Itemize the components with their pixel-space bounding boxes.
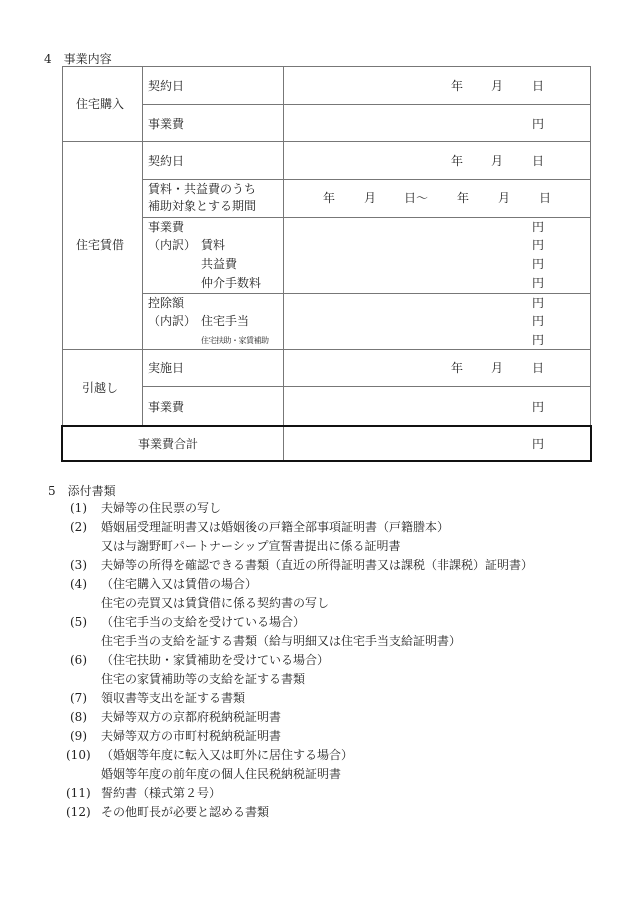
rental-period-label-2: 補助対象とする期間 <box>148 199 256 213</box>
rent-unit: 円 <box>532 238 544 252</box>
list-item: 夫婦等の住民票の写し <box>101 501 221 515</box>
list-item-number: (11) <box>66 786 91 800</box>
rental-month: 月 <box>491 154 503 168</box>
list-item: （婚姻等年度に転入又は町外に居住する場合） <box>101 748 353 762</box>
list-item-number: (1) <box>70 501 87 515</box>
period-end-day: 日 <box>539 191 551 205</box>
housing-allowance-label: 住宅手当 <box>201 314 249 328</box>
period-start-day: 日～ <box>404 191 428 205</box>
rental-day: 日 <box>532 154 544 168</box>
housing-aid-label: 住宅扶助・家賃補助 <box>201 334 269 348</box>
brokerage-fee-unit: 円 <box>532 276 544 290</box>
section-4-title: 4 事業内容 <box>44 50 112 67</box>
period-end-year: 年 <box>457 191 469 205</box>
list-item: 誓約書（様式第２号） <box>101 786 221 800</box>
list-item: （住宅購入又は賃借の場合） <box>101 577 257 591</box>
period-end-month: 月 <box>498 191 510 205</box>
list-item-number: (10) <box>66 748 91 762</box>
list-item-number: (2) <box>70 520 87 534</box>
housing-aid-unit: 円 <box>532 333 544 347</box>
rental-year: 年 <box>451 154 463 168</box>
column-divider-1 <box>142 66 143 427</box>
rental-contract-date-label: 契約日 <box>148 154 184 168</box>
table-border-right <box>590 66 591 427</box>
category-moving: 引越し <box>82 381 118 395</box>
list-item-number: (6) <box>70 653 87 667</box>
row-divider <box>62 141 591 142</box>
list-item: 夫婦等双方の京都府税納税証明書 <box>101 710 281 724</box>
list-item: 婚姻届受理証明書又は婚姻後の戸籍全部事項証明書（戸籍謄本） <box>101 520 449 534</box>
list-item-number: (3) <box>70 558 87 572</box>
purchase-cost-unit: 円 <box>532 117 544 131</box>
list-item-continuation: 住宅の家賃補助等の支給を証する書類 <box>101 672 305 686</box>
period-start-year: 年 <box>323 191 335 205</box>
section-5-title: 5 添付書類 <box>48 482 116 499</box>
moving-month: 月 <box>491 361 503 375</box>
period-start-month: 月 <box>364 191 376 205</box>
category-housing-rental: 住宅賃借 <box>76 238 124 252</box>
list-item-number: (7) <box>70 691 87 705</box>
deduction-unit: 円 <box>532 296 544 310</box>
moving-cost-unit: 円 <box>532 400 544 414</box>
row-divider <box>142 217 591 218</box>
purchase-month: 月 <box>491 79 503 93</box>
moving-date-label: 実施日 <box>148 361 184 375</box>
row-divider <box>142 293 591 294</box>
list-item-number: (5) <box>70 615 87 629</box>
row-divider <box>142 179 591 180</box>
list-item: 夫婦等双方の市町村税納税証明書 <box>101 729 281 743</box>
list-item: その他町長が必要と認める書類 <box>101 805 269 819</box>
housing-allowance-unit: 円 <box>532 314 544 328</box>
list-item-number: (4) <box>70 577 87 591</box>
list-item: （住宅扶助・家賃補助を受けている場合） <box>101 653 329 667</box>
list-item-continuation: 又は与謝野町パートナーシップ宣誓書提出に係る証明書 <box>101 539 401 553</box>
list-item-continuation: 住宅手当の支給を証する書類（給与明細又は住宅手当支給証明書） <box>101 634 461 648</box>
deduction-breakdown-label: （内訳） <box>148 314 196 328</box>
moving-day: 日 <box>532 361 544 375</box>
column-divider-2 <box>283 66 284 461</box>
rental-period-label-1: 賃料・共益費のうち <box>148 182 256 196</box>
row-divider <box>142 386 591 387</box>
category-housing-purchase: 住宅購入 <box>76 97 124 111</box>
list-item-number: (8) <box>70 710 87 724</box>
total-cost-label: 事業費合計 <box>138 437 198 451</box>
table-border-left <box>62 66 63 427</box>
purchase-cost-label: 事業費 <box>148 117 184 131</box>
list-item: 領収書等支出を証する書類 <box>101 691 245 705</box>
list-item: （住宅手当の支給を受けている場合） <box>101 615 305 629</box>
purchase-contract-date-label: 契約日 <box>148 79 184 93</box>
common-fee-unit: 円 <box>532 257 544 271</box>
list-item-continuation: 住宅の売買又は賃貸借に係る契約書の写し <box>101 596 329 610</box>
row-divider <box>62 349 591 350</box>
moving-year: 年 <box>451 361 463 375</box>
rental-breakdown-label: （内訳） <box>148 238 196 252</box>
list-item-continuation: 婚姻等年度の前年度の個人住民税納税証明書 <box>101 767 341 781</box>
list-item: 夫婦等の所得を確認できる書類（直近の所得証明書又は課税（非課税）証明書） <box>101 558 533 572</box>
common-fee-label: 共益費 <box>201 257 237 271</box>
list-item-number: (9) <box>70 729 87 743</box>
list-item-number: (12) <box>66 805 91 819</box>
rental-cost-unit: 円 <box>532 220 544 234</box>
purchase-day: 日 <box>532 79 544 93</box>
rent-label: 賃料 <box>201 238 225 252</box>
total-cost-unit: 円 <box>532 437 544 451</box>
deduction-label: 控除額 <box>148 296 184 310</box>
brokerage-fee-label: 仲介手数料 <box>201 276 261 290</box>
row-divider <box>142 104 591 105</box>
rental-cost-label: 事業費 <box>148 220 184 234</box>
moving-cost-label: 事業費 <box>148 400 184 414</box>
purchase-year: 年 <box>451 79 463 93</box>
